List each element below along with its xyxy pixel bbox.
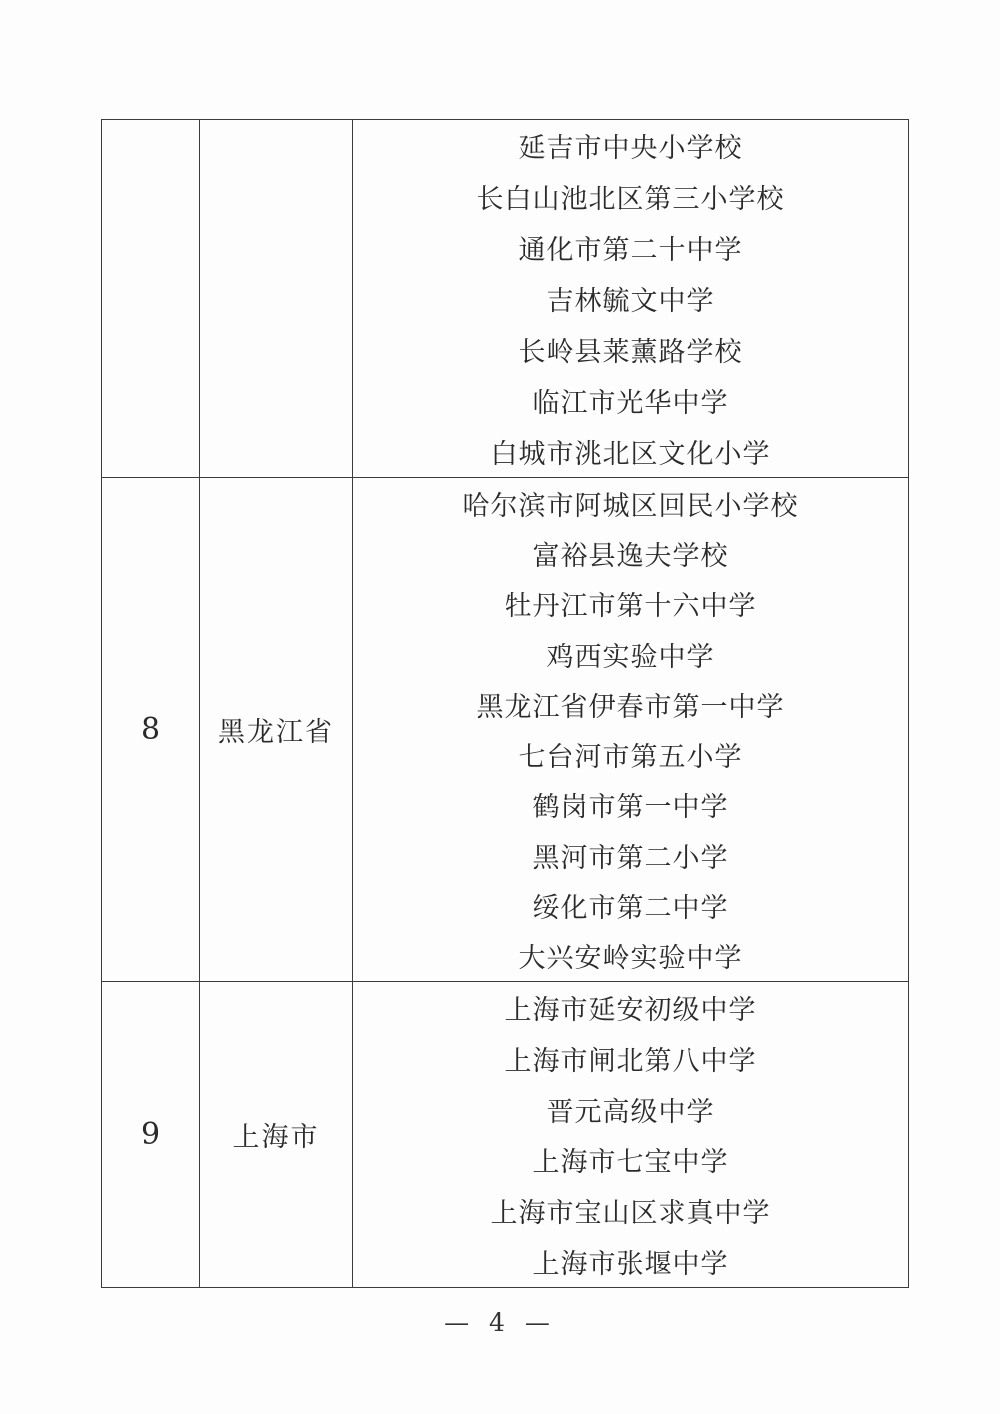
school-name: 长岭县莱薰路学校 <box>353 324 908 375</box>
school-name: 富裕县逸夫学校 <box>353 528 908 578</box>
school-name: 绥化市第二中学 <box>353 880 908 930</box>
school-table: 延吉市中央小学校长白山池北区第三小学校通化市第二十中学吉林毓文中学长岭县莱薰路学… <box>101 119 909 1288</box>
table-row: 8黑龙江省哈尔滨市阿城区回民小学校富裕县逸夫学校牡丹江市第十六中学鸡西实验中学黑… <box>102 478 909 982</box>
school-name: 临江市光华中学 <box>353 375 908 426</box>
school-name: 鸡西实验中学 <box>353 629 908 679</box>
school-name: 吉林毓文中学 <box>353 273 908 324</box>
table-row: 延吉市中央小学校长白山池北区第三小学校通化市第二十中学吉林毓文中学长岭县莱薰路学… <box>102 120 909 478</box>
document-page: 延吉市中央小学校长白山池北区第三小学校通化市第二十中学吉林毓文中学长岭县莱薰路学… <box>0 0 1000 1414</box>
province-cell <box>200 120 353 478</box>
table-row: 9上海市上海市延安初级中学上海市闸北第八中学晋元高级中学上海市七宝中学上海市宝山… <box>102 982 909 1288</box>
schools-cell: 哈尔滨市阿城区回民小学校富裕县逸夫学校牡丹江市第十六中学鸡西实验中学黑龙江省伊春… <box>353 478 909 982</box>
school-name: 鹤岗市第一中学 <box>353 780 908 830</box>
school-name: 哈尔滨市阿城区回民小学校 <box>353 478 908 528</box>
school-name: 长白山池北区第三小学校 <box>353 171 908 222</box>
school-name: 牡丹江市第十六中学 <box>353 579 908 629</box>
row-number-cell <box>102 120 200 478</box>
schools-list: 上海市延安初级中学上海市闸北第八中学晋元高级中学上海市七宝中学上海市宝山区求真中… <box>353 982 908 1287</box>
school-name: 上海市七宝中学 <box>353 1134 908 1185</box>
school-name: 黑河市第二小学 <box>353 830 908 880</box>
schools-list: 哈尔滨市阿城区回民小学校富裕县逸夫学校牡丹江市第十六中学鸡西实验中学黑龙江省伊春… <box>353 478 908 981</box>
school-name: 上海市张堰中学 <box>353 1236 908 1287</box>
page-number: — 4 — <box>0 1308 1000 1337</box>
schools-cell: 延吉市中央小学校长白山池北区第三小学校通化市第二十中学吉林毓文中学长岭县莱薰路学… <box>353 120 909 478</box>
school-name: 黑龙江省伊春市第一中学 <box>353 679 908 729</box>
school-name: 大兴安岭实验中学 <box>353 931 908 981</box>
school-name: 上海市闸北第八中学 <box>353 1033 908 1084</box>
school-name: 上海市延安初级中学 <box>353 982 908 1033</box>
school-name: 白城市洮北区文化小学 <box>353 426 908 477</box>
school-name: 七台河市第五小学 <box>353 729 908 779</box>
schools-cell: 上海市延安初级中学上海市闸北第八中学晋元高级中学上海市七宝中学上海市宝山区求真中… <box>353 982 909 1288</box>
school-name: 晋元高级中学 <box>353 1084 908 1135</box>
school-table-body: 延吉市中央小学校长白山池北区第三小学校通化市第二十中学吉林毓文中学长岭县莱薰路学… <box>102 120 909 1288</box>
row-number-cell: 9 <box>102 982 200 1288</box>
province-cell: 上海市 <box>200 982 353 1288</box>
schools-list: 延吉市中央小学校长白山池北区第三小学校通化市第二十中学吉林毓文中学长岭县莱薰路学… <box>353 120 908 477</box>
school-name: 通化市第二十中学 <box>353 222 908 273</box>
school-name: 延吉市中央小学校 <box>353 120 908 171</box>
row-number-cell: 8 <box>102 478 200 982</box>
school-name: 上海市宝山区求真中学 <box>353 1185 908 1236</box>
province-cell: 黑龙江省 <box>200 478 353 982</box>
